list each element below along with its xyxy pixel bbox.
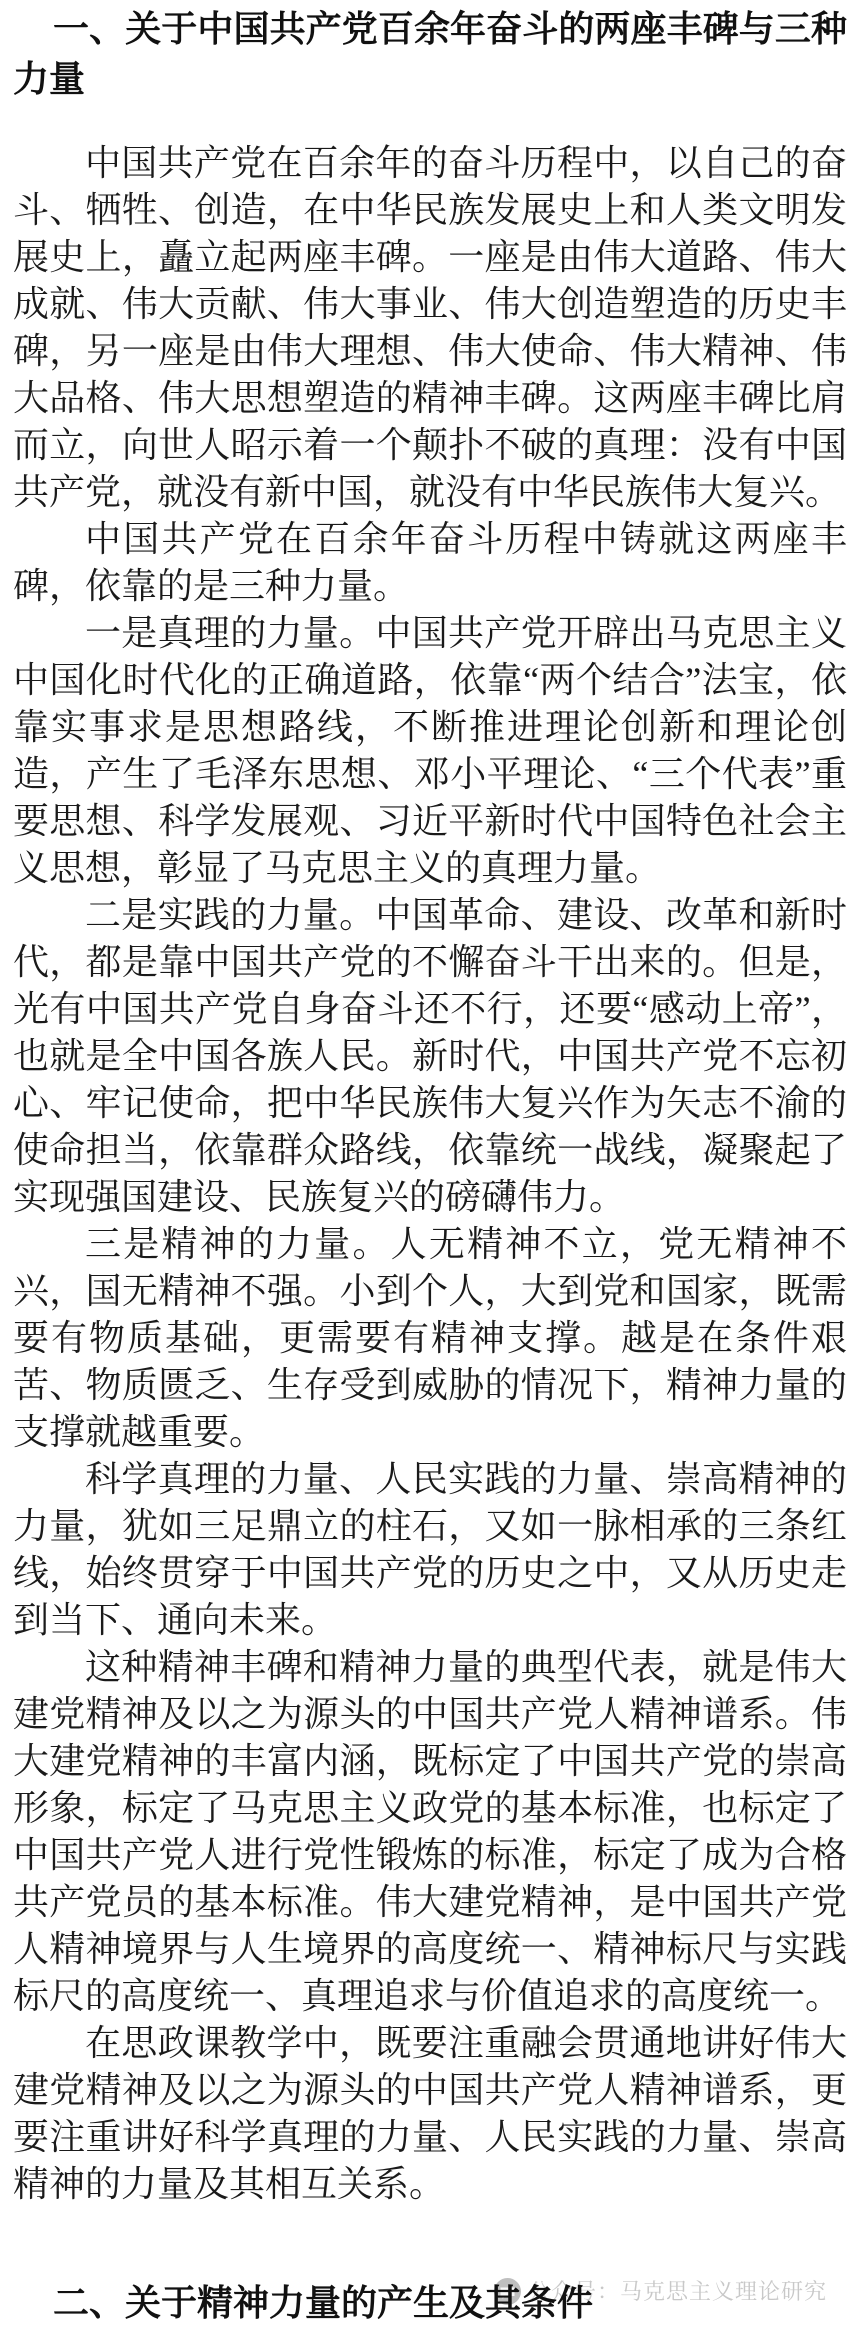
- section-1-heading: 一、关于中国共产党百余年奋斗的两座丰碑与三种力量: [13, 4, 847, 104]
- paragraph: 科学真理的力量、人民实践的力量、崇高精神的力量，犹如三足鼎立的柱石，又如一脉相承…: [13, 1456, 847, 1644]
- paragraph: 三是精神的力量。人无精神不立，党无精神不兴，国无精神不强。小到个人，大到党和国家…: [13, 1221, 847, 1456]
- paragraph: 中国共产党在百余年的奋斗历程中，以自己的奋斗、牺牲、创造，在中华民族发展史上和人…: [13, 140, 847, 516]
- section-2-heading: 二、关于精神力量的产生及其条件: [13, 2278, 847, 2328]
- article-body: 中国共产党在百余年的奋斗历程中，以自己的奋斗、牺牲、创造，在中华民族发展史上和人…: [13, 140, 847, 2208]
- paragraph: 中国共产党在百余年奋斗历程中铸就这两座丰碑，依靠的是三种力量。: [13, 516, 847, 610]
- paragraph: 这种精神丰碑和精神力量的典型代表，就是伟大建党精神及以之为源头的中国共产党人精神…: [13, 1644, 847, 2020]
- document-page: 一、关于中国共产党百余年奋斗的两座丰碑与三种力量 中国共产党在百余年的奋斗历程中…: [0, 0, 860, 2333]
- paragraph: 二是实践的力量。中国革命、建设、改革和新时代，都是靠中国共产党的不懈奋斗干出来的…: [13, 892, 847, 1221]
- paragraph: 在思政课教学中，既要注重融会贯通地讲好伟大建党精神及以之为源头的中国共产党人精神…: [13, 2020, 847, 2208]
- paragraph: 一是真理的力量。中国共产党开辟出马克思主义中国化时代化的正确道路，依靠“两个结合…: [13, 610, 847, 892]
